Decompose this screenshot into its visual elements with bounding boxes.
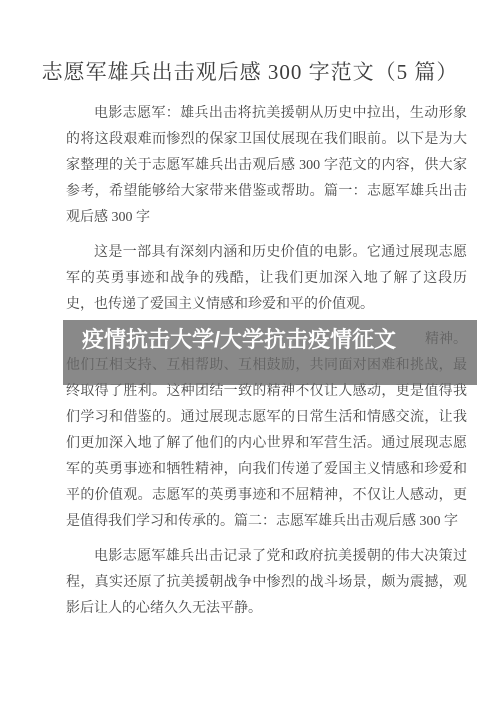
paragraph-intro: 电影志愿军：雄兵出击将抗美援朝从历史中拉出，生动形象的将这段艰难而惨烈的保家卫国… <box>66 101 467 231</box>
paragraph-essay-2: 电影志愿军雄兵出击记录了党和政府抗美援朝的伟大决策过程，真实还原了抗美援朝战争中… <box>66 544 467 622</box>
watermark-text: 疫情抗击大学/大学抗击疫情征文 <box>73 323 405 357</box>
document-title: 志愿军雄兵出击观后感 300 字范文（5 篇） <box>0 0 500 86</box>
paragraph-essay-1-part-1: 这是一部具有深刻内涵和历史价值的电影。它通过展现志愿军的英勇事迹和战争的残酷，让… <box>66 240 467 318</box>
watermark-banner: 疫情抗击大学/大学抗击疫情征文 <box>63 320 477 385</box>
document-page: 志愿军雄兵出击观后感 300 字范文（5 篇） 电影志愿军：雄兵出击将抗美援朝从… <box>0 0 500 706</box>
